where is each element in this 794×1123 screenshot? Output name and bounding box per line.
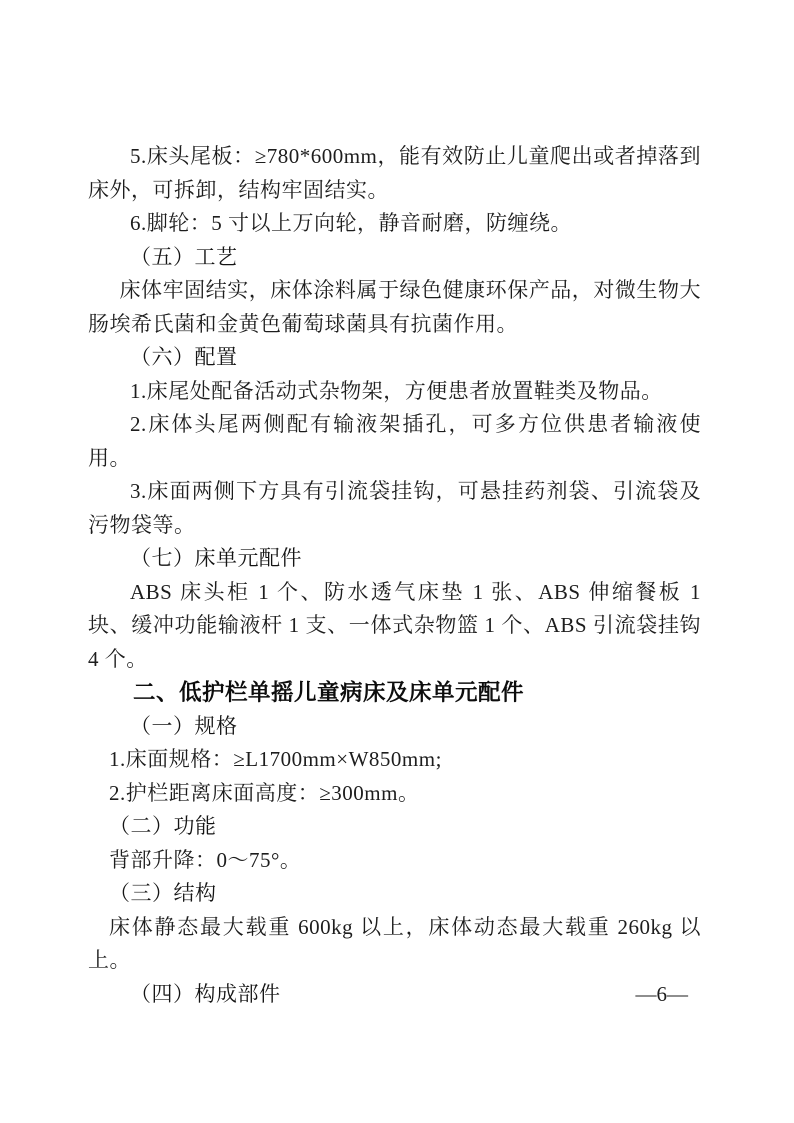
spec-item-rail-height: 2.护栏距离床面高度：≥300mm。 [88, 777, 701, 811]
page-number: —6— [636, 982, 689, 1007]
sub-heading-config: （六）配置 [88, 341, 701, 375]
sub-heading-bed-unit-accessories: （七）床单元配件 [88, 542, 701, 576]
spec-item-headboard: 5.床头尾板：≥780*600mm，能有效防止儿童爬出或者掉落到床外，可拆卸，结… [88, 140, 701, 207]
document-page: 5.床头尾板：≥780*600mm，能有效防止儿童爬出或者掉落到床外，可拆卸，结… [0, 0, 794, 1123]
function-back-lift: 背部升降：0～75°。 [88, 844, 701, 878]
structure-load-capacity: 床体静态最大载重 600kg 以上，床体动态最大载重 260kg 以上。 [88, 911, 701, 978]
sub-heading-structure: （三）结构 [88, 877, 701, 911]
section-heading-low-rail-bed: 二、低护栏单摇儿童病床及床单元配件 [88, 676, 701, 710]
spec-item-casters: 6.脚轮：5 寸以上万向轮，静音耐磨，防缠绕。 [88, 207, 701, 241]
sub-heading-craft: （五）工艺 [88, 241, 701, 275]
sub-heading-components: （四）构成部件 [88, 978, 701, 1012]
document-body: 5.床头尾板：≥780*600mm，能有效防止儿童爬出或者掉落到床外，可拆卸，结… [88, 140, 701, 1011]
accessories-list: ABS 床头柜 1 个、防水透气床垫 1 张、ABS 伸缩餐板 1 块、缓冲功能… [88, 576, 701, 677]
spec-item-bed-surface: 1.床面规格：≥L1700mm×W850mm; [88, 743, 701, 777]
config-item-iv-sockets: 2.床体头尾两侧配有输液架插孔，可多方位供患者输液使用。 [88, 408, 701, 475]
craft-description: 床体牢固结实，床体涂料属于绿色健康环保产品，对微生物大肠埃希氏菌和金黄色葡萄球菌… [88, 274, 701, 341]
config-item-rack: 1.床尾处配备活动式杂物架，方便患者放置鞋类及物品。 [88, 375, 701, 409]
sub-heading-function: （二）功能 [88, 810, 701, 844]
sub-heading-spec: （一）规格 [88, 710, 701, 744]
config-item-drainage-hooks: 3.床面两侧下方具有引流袋挂钩，可悬挂药剂袋、引流袋及污物袋等。 [88, 475, 701, 542]
